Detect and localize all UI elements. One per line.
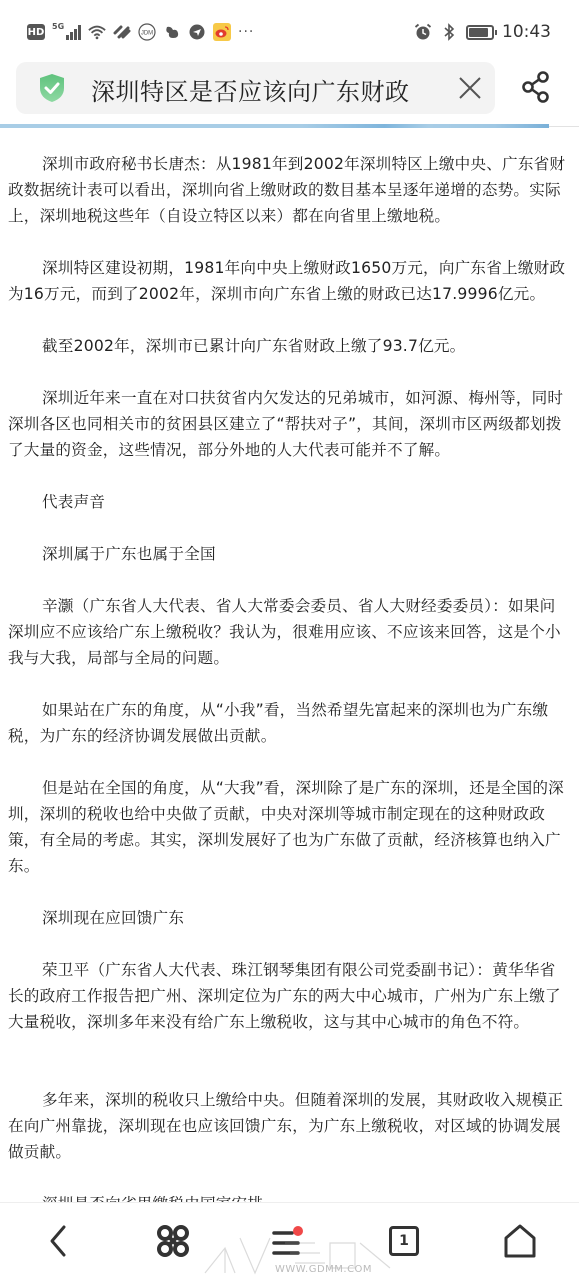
command-icon xyxy=(155,1223,191,1259)
wifi-icon xyxy=(88,23,106,41)
progress-track xyxy=(549,126,579,127)
share-icon[interactable] xyxy=(520,70,552,104)
article-paragraph: 多年来，深圳的税收只上缴给中央。但随着深圳的发展，其财政收入规模正在向广州靠拢，… xyxy=(8,1087,568,1165)
article-paragraph: 如果站在广东的角度，从“小我”看，当然希望先富起来的深圳也为广东缴税，为广东的经… xyxy=(8,697,568,749)
paper-plane-app-icon xyxy=(188,23,206,41)
back-button[interactable] xyxy=(36,1219,80,1263)
app-icon xyxy=(113,23,131,41)
article-paragraph: 截至2002年，深圳市已累计向广东省财政上缴了93.7亿元。 xyxy=(8,333,568,359)
status-time: 10:43 xyxy=(502,22,551,42)
jdm-icon: JDM xyxy=(138,23,156,41)
home-icon xyxy=(502,1223,538,1259)
svg-text:JDM: JDM xyxy=(141,31,153,37)
article-paragraph: 深圳特区建设初期，1981年向中央上缴财政1650万元，向广东省上缴财政为16万… xyxy=(8,255,568,307)
section-heading: 代表声音 xyxy=(8,489,568,515)
status-bar-left: HD 5G JDM ··· xyxy=(27,20,254,44)
article-body: 深圳市政府秘书长唐杰：从1981年到2002年深圳特区上缴中央、广东省财政数据统… xyxy=(0,140,579,1202)
tabs-icon[interactable]: 1 xyxy=(389,1226,419,1256)
more-notifications-icon: ··· xyxy=(238,24,254,40)
alarm-icon xyxy=(414,23,432,41)
bluetooth-icon xyxy=(440,23,458,41)
article-paragraph: 但是站在全国的角度，从“大我”看，深圳除了是广东的深圳，还是全国的深圳，深圳的税… xyxy=(8,775,568,879)
article-paragraph: 荣卫平（广东省人大代表、珠江钢琴集团有限公司党委副书记）：黄华华省长的政府工作报… xyxy=(8,957,568,1035)
section-heading: 深圳是否向省里缴税由国家安排 xyxy=(8,1191,568,1202)
weibo-icon xyxy=(213,23,231,41)
status-bar-right: 10:43 xyxy=(414,20,551,44)
address-bar[interactable]: 深圳特区是否应该向广东财政 xyxy=(16,62,495,114)
tabs-button[interactable]: 1 xyxy=(382,1219,426,1263)
section-heading: 深圳属于广东也属于全国 xyxy=(8,541,568,567)
hd-icon: HD xyxy=(27,24,45,40)
article-paragraph: 深圳近年来一直在对口扶贫省内欠发达的兄弟城市，如河源、梅州等，同时深圳各区也同相… xyxy=(8,385,568,463)
watermark-url: WWW.GDMM.COM xyxy=(275,1264,372,1275)
battery-icon xyxy=(466,25,494,40)
home-button[interactable] xyxy=(498,1219,542,1263)
article-paragraph: 深圳市政府秘书长唐杰：从1981年到2002年深圳特区上缴中央、广东省财政数据统… xyxy=(8,151,568,229)
close-icon[interactable] xyxy=(456,74,484,102)
section-heading: 深圳现在应回馈广东 xyxy=(8,905,568,931)
5g-signal-icon: 5G xyxy=(52,24,81,40)
article-paragraph: 辛灏（广东省人大代表、省人大常委会委员、省人大财经委委员）：如果问深圳应不应该给… xyxy=(8,593,568,671)
apps-button[interactable] xyxy=(151,1219,195,1263)
page-load-progress xyxy=(0,124,549,128)
status-bar: HD 5G JDM ··· 10:43 xyxy=(0,0,579,60)
chevron-left-icon xyxy=(47,1224,69,1258)
page-title[interactable]: 深圳特区是否应该向广东财政 xyxy=(91,72,410,107)
verified-shield-icon[interactable] xyxy=(36,72,68,104)
menu-button[interactable] xyxy=(266,1219,310,1263)
squirrel-app-icon xyxy=(163,23,181,41)
menu-icon xyxy=(268,1221,308,1261)
